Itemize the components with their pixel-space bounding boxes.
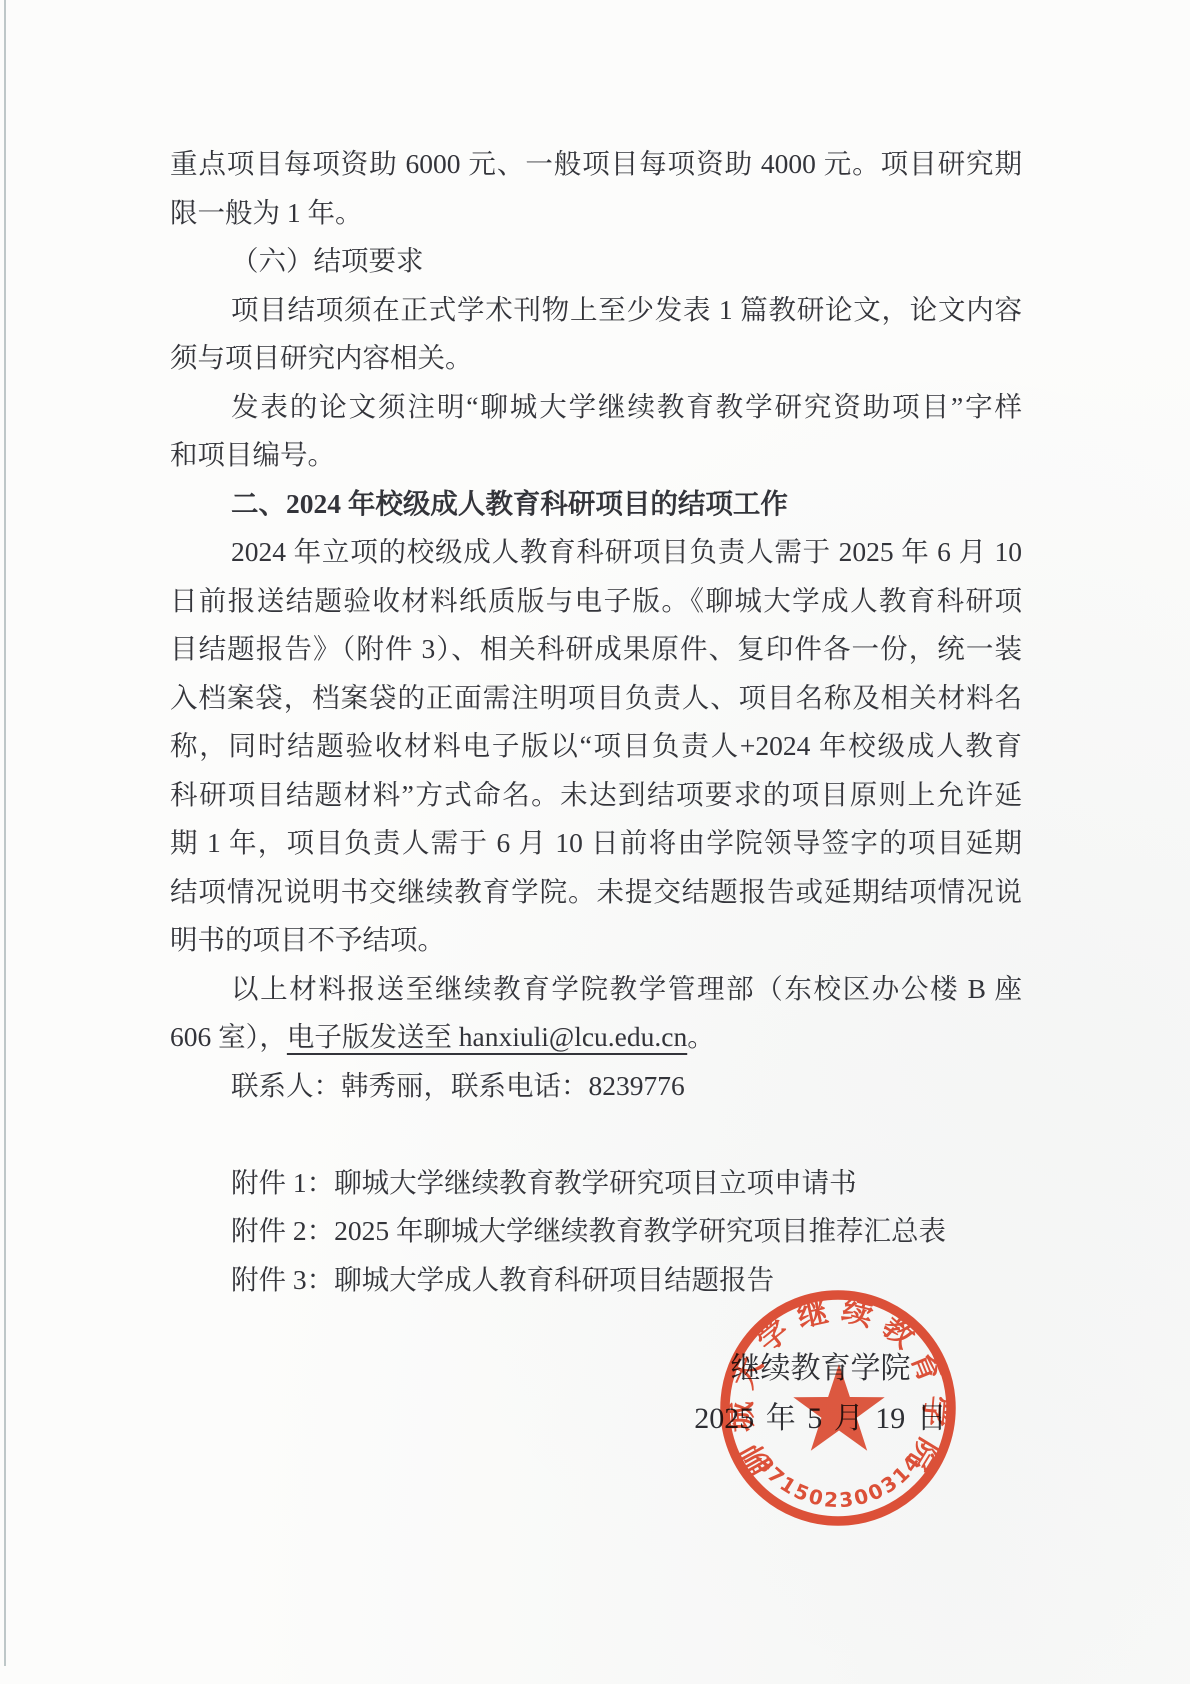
email-line-prefix: 606 室）， — [170, 1021, 287, 1052]
body-line: （六）结项要求 — [170, 237, 1022, 286]
body-line: 结项情况说明书交继续教育学院。未提交结题报告或延期结项情况说 — [170, 868, 1022, 917]
email-address: 电子版发送至 hanxiuli@lcu.edu.cn — [287, 1021, 687, 1052]
attachment-item: 附件 2：2025 年聊城大学继续教育教学研究项目推荐汇总表 — [170, 1207, 1022, 1256]
body-line: 以上材料报送至继续教育学院教学管理部（东校区办公楼 B 座 — [170, 965, 1022, 1014]
official-seal: 聊城大学继续教育学院 3715023003148 — [708, 1278, 968, 1538]
scan-artifact-line — [4, 0, 6, 1666]
body-line: 科研项目结题材料”方式命名。未达到结项要求的项目原则上允许延 — [170, 771, 1022, 820]
body-line: 期 1 年，项目负责人需于 6 月 10 日前将由学院领导签字的项目延期 — [170, 819, 1022, 868]
section-heading: 二、2024 年校级成人教育科研项目的结项工作 — [170, 480, 1022, 529]
contact-line: 联系人：韩秀丽，联系电话：8239776 — [170, 1062, 1022, 1111]
body-line: 项目结项须在正式学术刊物上至少发表 1 篇教研论文，论文内容 — [170, 286, 1022, 335]
email-line: 606 室），电子版发送至 hanxiuli@lcu.edu.cn。 — [170, 1013, 1022, 1062]
attachment-item: 附件 1：聊城大学继续教育教学研究项目立项申请书 — [170, 1159, 1022, 1208]
document-page: 重点项目每项资助 6000 元、一般项目每项资助 4000 元。项目研究期 限一… — [0, 0, 1190, 1684]
body-line: 日前报送结题验收材料纸质版与电子版。《聊城大学成人教育科研项 — [170, 577, 1022, 626]
seal-star-icon — [793, 1364, 884, 1451]
body-line: 称，同时结题验收材料电子版以“项目负责人+2024 年校级成人教育 — [170, 722, 1022, 771]
body-line: 2024 年立项的校级成人教育科研项目负责人需于 2025 年 6 月 10 — [170, 528, 1022, 577]
document-body: 重点项目每项资助 6000 元、一般项目每项资助 4000 元。项目研究期 限一… — [170, 140, 1022, 1304]
body-line: 入档案袋，档案袋的正面需注明项目负责人、项目名称及相关材料名 — [170, 674, 1022, 723]
body-line: 限一般为 1 年。 — [170, 189, 1022, 238]
body-line: 发表的论文须注明“聊城大学继续教育教学研究资助项目”字样 — [170, 383, 1022, 432]
body-line: 重点项目每项资助 6000 元、一般项目每项资助 4000 元。项目研究期 — [170, 140, 1022, 189]
body-line: 明书的项目不予结项。 — [170, 916, 1022, 965]
blank-line — [170, 1110, 1022, 1159]
body-line: 和项目编号。 — [170, 431, 1022, 480]
email-line-suffix: 。 — [687, 1021, 715, 1052]
body-line: 目结题报告》（附件 3）、相关科研成果原件、复印件各一份，统一装 — [170, 625, 1022, 674]
body-line: 须与项目研究内容相关。 — [170, 334, 1022, 383]
